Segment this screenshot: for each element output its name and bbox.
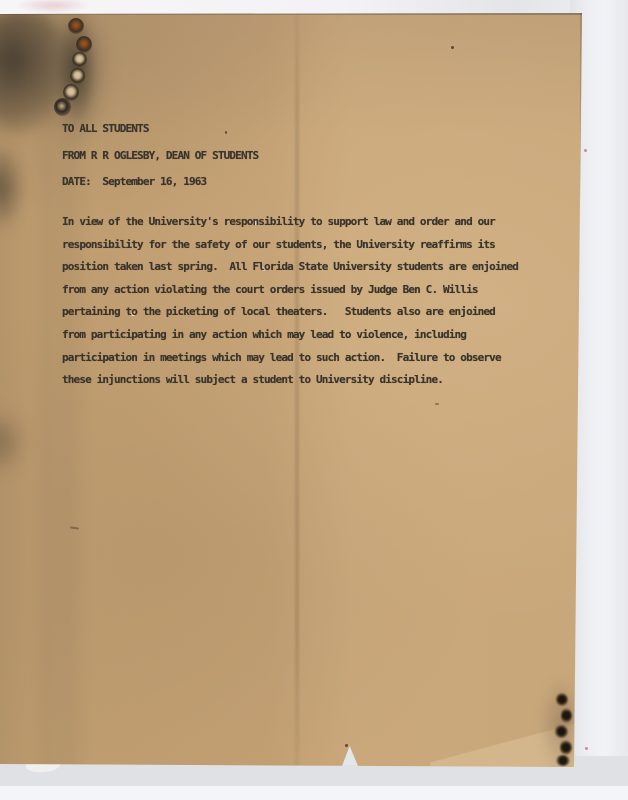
memo-line: position taken last spring. All Florida … (62, 256, 518, 279)
burn-spot (54, 98, 71, 116)
char-mark (560, 740, 572, 755)
memo-line: pertaining to the picketing of local the… (62, 301, 518, 324)
speck (345, 744, 348, 747)
stain-left-middle (0, 410, 26, 474)
memo-from-line: FROM R R OGLESBY, DEAN OF STUDENTS (62, 143, 258, 170)
char-mark (556, 693, 568, 706)
speck (451, 46, 454, 49)
memo-date-line: DATE: September 16, 1963 (62, 169, 258, 196)
memo-paper: TO ALL STUDENTS FROM R R OGLESBY, DEAN O… (0, 13, 583, 767)
speck (70, 526, 79, 529)
burn-spot (72, 52, 87, 67)
memo-line: these injunctions will subject a student… (62, 369, 518, 392)
memo-line: participation in meetings which may lead… (62, 347, 518, 370)
memo-line: In view of the University's responsibili… (62, 211, 518, 234)
memo-line: from participating in any action which m… (62, 324, 518, 347)
burn-spot (70, 68, 85, 84)
char-mark (555, 725, 568, 738)
pink-tint-streak (18, 0, 88, 13)
memo-line: responsibility for the safety of our stu… (62, 234, 518, 257)
memo-line: from any action violating the court orde… (62, 279, 518, 302)
char-mark (556, 755, 570, 766)
burn-spot (76, 36, 92, 53)
memo-to-line: TO ALL STUDENTS (62, 116, 258, 143)
backing-top-strip (0, 0, 628, 14)
memo-header: TO ALL STUDENTS FROM R R OGLESBY, DEAN O… (62, 116, 258, 196)
backing-bottom-edge (0, 786, 628, 800)
memo-body: In view of the University's responsibili… (62, 211, 518, 392)
char-mark (561, 708, 572, 723)
scanned-document: TO ALL STUDENTS FROM R R OGLESBY, DEAN O… (0, 0, 628, 800)
pink-speck (584, 149, 587, 152)
burn-spot (68, 18, 84, 34)
paper-edge-chip (342, 746, 358, 766)
speck (435, 403, 439, 405)
pink-speck (585, 747, 588, 750)
stain-left-upper (0, 146, 24, 230)
